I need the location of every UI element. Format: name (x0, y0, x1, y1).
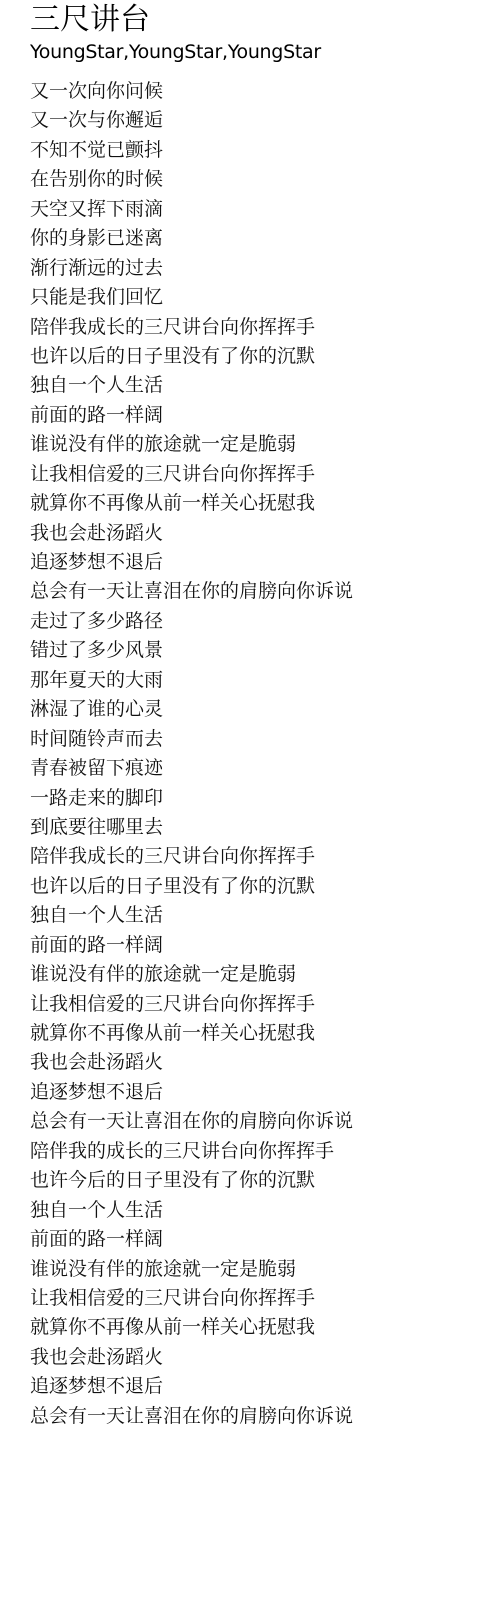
lyric-line: 错过了多少风景 (30, 636, 353, 665)
lyric-line: 就算你不再像从前一样关心抚慰我 (30, 1313, 353, 1342)
lyric-line: 青春被留下痕迹 (30, 754, 353, 783)
lyric-line: 谁说没有伴的旅途就一定是脆弱 (30, 430, 353, 459)
lyric-line: 你的身影已迷离 (30, 224, 353, 253)
lyric-line: 渐行渐远的过去 (30, 254, 353, 283)
lyric-line: 走过了多少路径 (30, 607, 353, 636)
lyric-line: 总会有一天让喜泪在你的肩膀向你诉说 (30, 577, 353, 606)
lyric-line: 一路走来的脚印 (30, 784, 353, 813)
lyric-line: 独自一个人生活 (30, 371, 353, 400)
lyric-line: 时间随铃声而去 (30, 725, 353, 754)
lyric-line: 谁说没有伴的旅途就一定是脆弱 (30, 1255, 353, 1284)
lyrics-list: 又一次向你问候又一次与你邂逅不知不觉已颤抖在告别你的时候天空又挥下雨滴你的身影已… (30, 77, 353, 1431)
lyric-line: 前面的路一样阔 (30, 1225, 353, 1254)
lyric-line: 就算你不再像从前一样关心抚慰我 (30, 1019, 353, 1048)
lyric-line: 我也会赴汤蹈火 (30, 519, 353, 548)
lyric-line: 陪伴我的成长的三尺讲台向你挥挥手 (30, 1137, 353, 1166)
lyric-line: 追逐梦想不退后 (30, 548, 353, 577)
lyric-line: 也许今后的日子里没有了你的沉默 (30, 1166, 353, 1195)
lyric-line: 不知不觉已颤抖 (30, 136, 353, 165)
lyric-line: 也许以后的日子里没有了你的沉默 (30, 872, 353, 901)
lyric-line: 前面的路一样阔 (30, 401, 353, 430)
lyric-line: 让我相信爱的三尺讲台向你挥挥手 (30, 460, 353, 489)
lyric-line: 前面的路一样阔 (30, 931, 353, 960)
lyric-line: 在告别你的时候 (30, 165, 353, 194)
lyric-line: 也许以后的日子里没有了你的沉默 (30, 342, 353, 371)
lyric-line: 我也会赴汤蹈火 (30, 1048, 353, 1077)
lyric-line: 陪伴我成长的三尺讲台向你挥挥手 (30, 842, 353, 871)
lyric-line: 到底要往哪里去 (30, 813, 353, 842)
lyric-line: 那年夏天的大雨 (30, 666, 353, 695)
song-title: 三尺讲台 (30, 2, 150, 38)
lyric-line: 独自一个人生活 (30, 1196, 353, 1225)
lyric-line: 让我相信爱的三尺讲台向你挥挥手 (30, 1284, 353, 1313)
lyric-line: 独自一个人生活 (30, 901, 353, 930)
song-artist: YoungStar,YoungStar,YoungStar (30, 39, 321, 65)
lyric-line: 又一次与你邂逅 (30, 106, 353, 135)
lyric-line: 让我相信爱的三尺讲台向你挥挥手 (30, 990, 353, 1019)
lyric-line: 天空又挥下雨滴 (30, 195, 353, 224)
lyric-line: 就算你不再像从前一样关心抚慰我 (30, 489, 353, 518)
lyric-line: 陪伴我成长的三尺讲台向你挥挥手 (30, 313, 353, 342)
lyric-line: 追逐梦想不退后 (30, 1078, 353, 1107)
lyric-line: 只能是我们回忆 (30, 283, 353, 312)
lyric-line: 我也会赴汤蹈火 (30, 1343, 353, 1372)
lyric-line: 追逐梦想不退后 (30, 1372, 353, 1401)
lyric-line: 总会有一天让喜泪在你的肩膀向你诉说 (30, 1402, 353, 1431)
lyric-line: 又一次向你问候 (30, 77, 353, 106)
lyric-line: 淋湿了谁的心灵 (30, 695, 353, 724)
lyric-line: 谁说没有伴的旅途就一定是脆弱 (30, 960, 353, 989)
lyric-line: 总会有一天让喜泪在你的肩膀向你诉说 (30, 1107, 353, 1136)
